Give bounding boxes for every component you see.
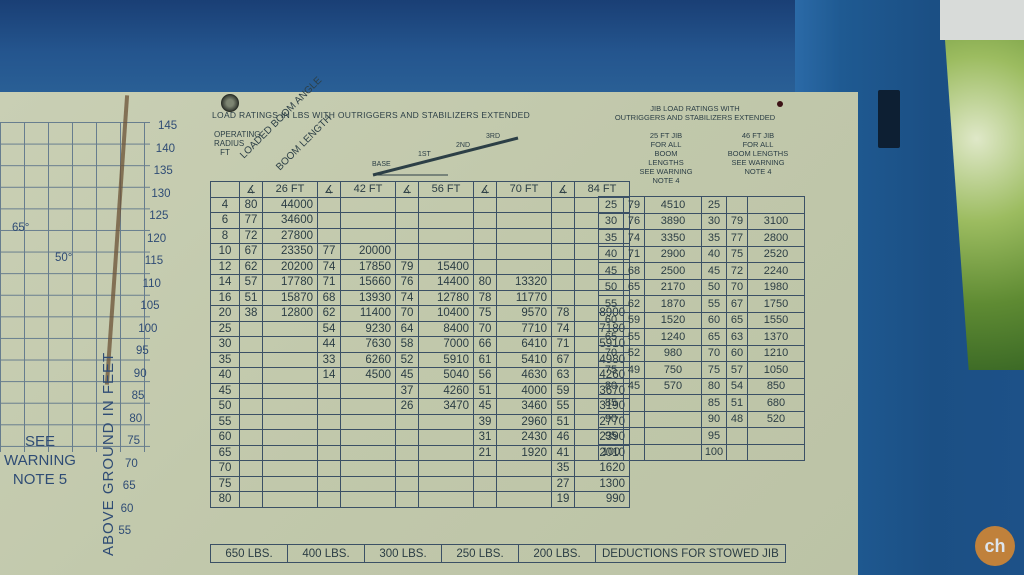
table-row: 5065217050701980	[599, 279, 805, 296]
jib-header-line: 25 FT JIB	[638, 131, 694, 140]
jib-46ft-header: 46 FT JIBFOR ALLBOOM LENGTHSSEE WARNINGN…	[724, 131, 792, 176]
table-row: 70351620	[211, 461, 630, 477]
table-row: 60312430462390	[211, 430, 630, 446]
frame-bracket	[878, 90, 900, 148]
deduction-cell: 250 LBS.	[442, 545, 519, 563]
table-row: 8019990	[211, 492, 630, 508]
load-ratings-table: ∡26 FT∡42 FT∡56 FT∡70 FT∡84 FT4804400067…	[210, 181, 630, 508]
svg-text:1ST: 1ST	[418, 151, 432, 158]
height-tick: 55	[118, 525, 131, 537]
angle-icon: ∡	[474, 182, 497, 198]
height-tick: 70	[125, 458, 138, 470]
height-tick: 130	[151, 188, 170, 200]
jib-title-line: JIB LOAD RATINGS WITH	[600, 104, 790, 113]
warning-line: SEE	[0, 432, 80, 451]
table-row: 705298070601210	[599, 345, 805, 362]
jib-header-line: BOOM LENGTHS	[638, 149, 694, 167]
crane-frame-top	[0, 0, 830, 95]
warning-line: NOTE 5	[0, 470, 80, 489]
table-row: 80455708054850	[599, 378, 805, 395]
table-row: 100100	[599, 444, 805, 461]
table-row: 909048520	[599, 411, 805, 428]
height-tick: 65	[123, 480, 136, 492]
jib-header-line: FOR ALL	[638, 140, 694, 149]
boom-length-column: 42 FT	[341, 182, 396, 198]
height-tick: 100	[138, 323, 157, 335]
table-row: 165115870681393074127807811770	[211, 290, 630, 306]
height-tick: 90	[134, 368, 147, 380]
warning-note: SEE WARNING NOTE 5	[0, 432, 80, 489]
boom-length-column: 84 FT	[575, 182, 630, 198]
table-row: 858551680	[599, 395, 805, 412]
deduction-cell: 400 LBS.	[288, 545, 365, 563]
table-row: 30447630587000666410715910	[211, 337, 630, 353]
table-row: 754975075571050	[599, 362, 805, 379]
height-tick: 95	[136, 345, 149, 357]
height-tick: 125	[149, 210, 168, 222]
angle-icon: ∡	[318, 182, 341, 198]
angle-label: 65°	[12, 222, 29, 234]
table-row: 4071290040752520	[599, 246, 805, 263]
height-tick: 80	[129, 413, 142, 425]
table-row: 2579451025	[599, 197, 805, 214]
jib-header-line: NOTE 4	[638, 176, 694, 185]
warning-line: WARNING	[0, 451, 80, 470]
jib-header-line: 46 FT JIB	[724, 131, 792, 140]
angle-icon: ∡	[240, 182, 263, 198]
table-row: 50263470453460553190	[211, 399, 630, 415]
angle-icon: ∡	[396, 182, 419, 198]
svg-text:BASE: BASE	[372, 161, 391, 168]
height-tick: 105	[140, 300, 159, 312]
table-row: 5562187055671750	[599, 296, 805, 313]
table-row: 20381280062114007010400759570788900	[211, 306, 630, 322]
table-row: 25549230648400707710747180	[211, 321, 630, 337]
height-tick: 75	[127, 435, 140, 447]
boom-length-column: 56 FT	[419, 182, 474, 198]
table-row: 40144500455040564630634260	[211, 368, 630, 384]
height-tick: 145	[158, 120, 177, 132]
height-tick: 140	[156, 143, 175, 155]
table-row: 6555124065631370	[599, 329, 805, 346]
table-row: 67734600	[211, 213, 630, 229]
svg-text:3RD: 3RD	[486, 133, 500, 140]
boom-length-column: 26 FT	[263, 182, 318, 198]
table-row: 45374260514000593670	[211, 383, 630, 399]
table-row: 6059152060651550	[599, 312, 805, 329]
watermark-logo-icon: ch	[975, 526, 1015, 566]
jib-load-table: 2579451025307638903079310035743350357728…	[598, 196, 805, 461]
table-row: 75271300	[211, 476, 630, 492]
table-row: 65211920412010	[211, 445, 630, 461]
table-row: 145717780711566076144008013320	[211, 275, 630, 291]
deduction-cell: 200 LBS.	[519, 545, 596, 563]
svg-text:2ND: 2ND	[456, 142, 470, 149]
angle-label: 50°	[55, 252, 72, 264]
table-row: 3076389030793100	[599, 213, 805, 230]
jib-header-line: SEE WARNING	[638, 167, 694, 176]
deduction-cell: 650 LBS.	[211, 545, 288, 563]
sky-background	[940, 0, 1024, 40]
boom-length-column: 70 FT	[497, 182, 552, 198]
jib-header-line: FOR ALL	[724, 140, 792, 149]
jib-chart-title: JIB LOAD RATINGS WITH OUTRIGGERS AND STA…	[600, 104, 790, 122]
table-row: 35336260525910615410674980	[211, 352, 630, 368]
operating-radius-header: OPERATING RADIUS FT	[214, 130, 236, 157]
table-row: 12622020074178507915400	[211, 259, 630, 275]
table-row: 87227800	[211, 228, 630, 244]
table-row: 9595	[599, 428, 805, 445]
table-row: 4568250045722240	[599, 263, 805, 280]
deduction-cell: 300 LBS.	[365, 545, 442, 563]
height-tick: 135	[154, 165, 173, 177]
height-tick: 115	[145, 255, 163, 267]
height-tick: 60	[121, 503, 134, 515]
height-tick: 120	[147, 233, 166, 245]
table-row: 48044000	[211, 197, 630, 213]
table-row: 1067233507720000	[211, 244, 630, 260]
stowed-jib-deductions: 650 LBS.400 LBS.300 LBS.250 LBS.200 LBS.…	[210, 544, 786, 563]
table-row: 55392960512770	[211, 414, 630, 430]
jib-25ft-header: 25 FT JIBFOR ALLBOOM LENGTHSSEE WARNINGN…	[638, 131, 694, 185]
boom-sections-diagram: BASE 1ST 2ND 3RD	[368, 130, 528, 180]
main-chart-title: LOAD RATINGS IN LBS WITH OUTRIGGERS AND …	[212, 110, 552, 120]
height-tick: 85	[132, 390, 145, 402]
deductions-label: DEDUCTIONS FOR STOWED JIB	[596, 545, 786, 563]
jib-header-line: SEE WARNING	[724, 158, 792, 167]
range-grid	[0, 122, 150, 452]
jib-title-line: OUTRIGGERS AND STABILIZERS EXTENDED	[600, 113, 790, 122]
jib-header-line: NOTE 4	[724, 167, 792, 176]
table-row: 3574335035772800	[599, 230, 805, 247]
angle-icon: ∡	[552, 182, 575, 198]
height-tick: 110	[143, 278, 161, 290]
axis-title: ABOVE GROUND IN FEET	[100, 352, 117, 556]
jib-header-line: BOOM LENGTHS	[724, 149, 792, 158]
